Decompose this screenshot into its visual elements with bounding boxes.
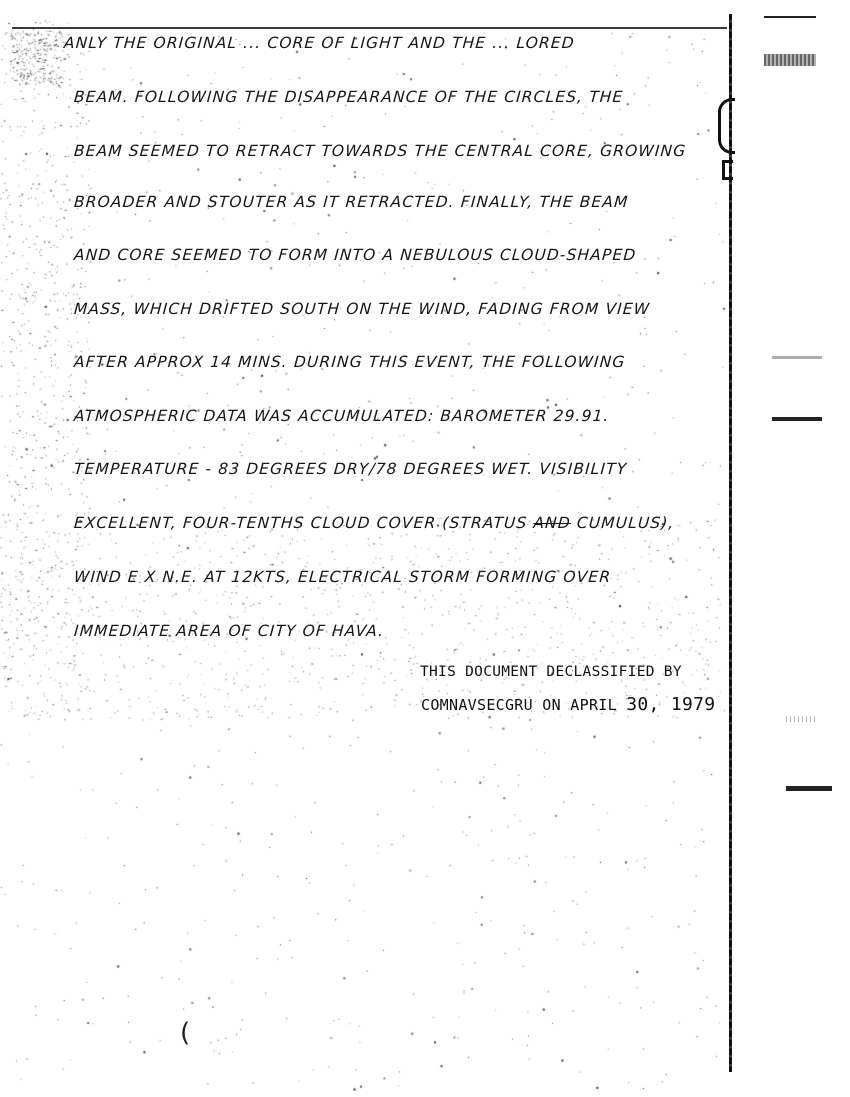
handwritten-line-1: ANLY THE ORIGINAL ... CORE OF LIGHT AND … <box>63 34 575 52</box>
handwritten-line-3: BEAM SEEMED TO RETRACT TOWARDS THE CENTR… <box>73 142 687 160</box>
side-margin-mark <box>772 417 822 421</box>
handwritten-line-2: BEAM. FOLLOWING THE DISAPPEARANCE OF THE… <box>73 88 624 106</box>
side-margin-mark <box>764 16 816 18</box>
handwritten-line-4: BROADER AND STOUTER AS IT RETRACTED. FIN… <box>73 193 629 211</box>
handwritten-line-12: IMMEDIATE AREA OF CITY OF HAVA. <box>73 622 385 640</box>
declassification-stamp-line-2: COMNAVSECGRU ON APRIL 30, 1979 <box>421 694 715 715</box>
stray-pen-mark: ( <box>180 1018 190 1048</box>
margin-bracket-mark <box>718 98 735 154</box>
scanned-document-page: ANLY THE ORIGINAL ... CORE OF LIGHT AND … <box>0 0 850 1097</box>
margin-box-mark <box>722 160 733 180</box>
line-10-after: CUMULUS), <box>570 514 675 532</box>
stamp-authority: COMNAVSECGRU ON APRIL <box>421 696 626 714</box>
side-margin-mark <box>772 356 822 359</box>
declassification-stamp-line-1: THIS DOCUMENT DECLASSIFIED BY <box>420 664 682 680</box>
handwritten-line-9: TEMPERATURE - 83 DEGREES DRY/78 DEGREES … <box>73 460 628 478</box>
side-margin-mark <box>764 54 816 66</box>
stamp-year: 1979 <box>660 694 716 715</box>
handwritten-line-11: WIND E X N.E. AT 12KTS, ELECTRICAL STORM… <box>73 568 611 586</box>
handwritten-line-6: MASS, WHICH DRIFTED SOUTH ON THE WIND, F… <box>73 300 650 318</box>
handwritten-line-8: ATMOSPHERIC DATA WAS ACCUMULATED: BAROME… <box>73 407 610 425</box>
struck-word: AND <box>533 514 572 532</box>
side-margin-mark <box>786 786 832 791</box>
handwritten-line-7: AFTER APPROX 14 MINS. DURING THIS EVENT,… <box>73 353 626 371</box>
handwritten-line-10: EXCELLENT, FOUR-TENTHS CLOUD COVER (STRA… <box>73 514 675 532</box>
line-10-before: EXCELLENT, FOUR-TENTHS CLOUD COVER (STRA… <box>73 514 534 532</box>
handwritten-line-5: AND CORE SEEMED TO FORM INTO A NEBULOUS … <box>73 246 637 264</box>
stamp-day: 30, <box>626 694 659 715</box>
side-margin-mark <box>786 716 816 722</box>
top-rule-divider <box>12 27 727 29</box>
